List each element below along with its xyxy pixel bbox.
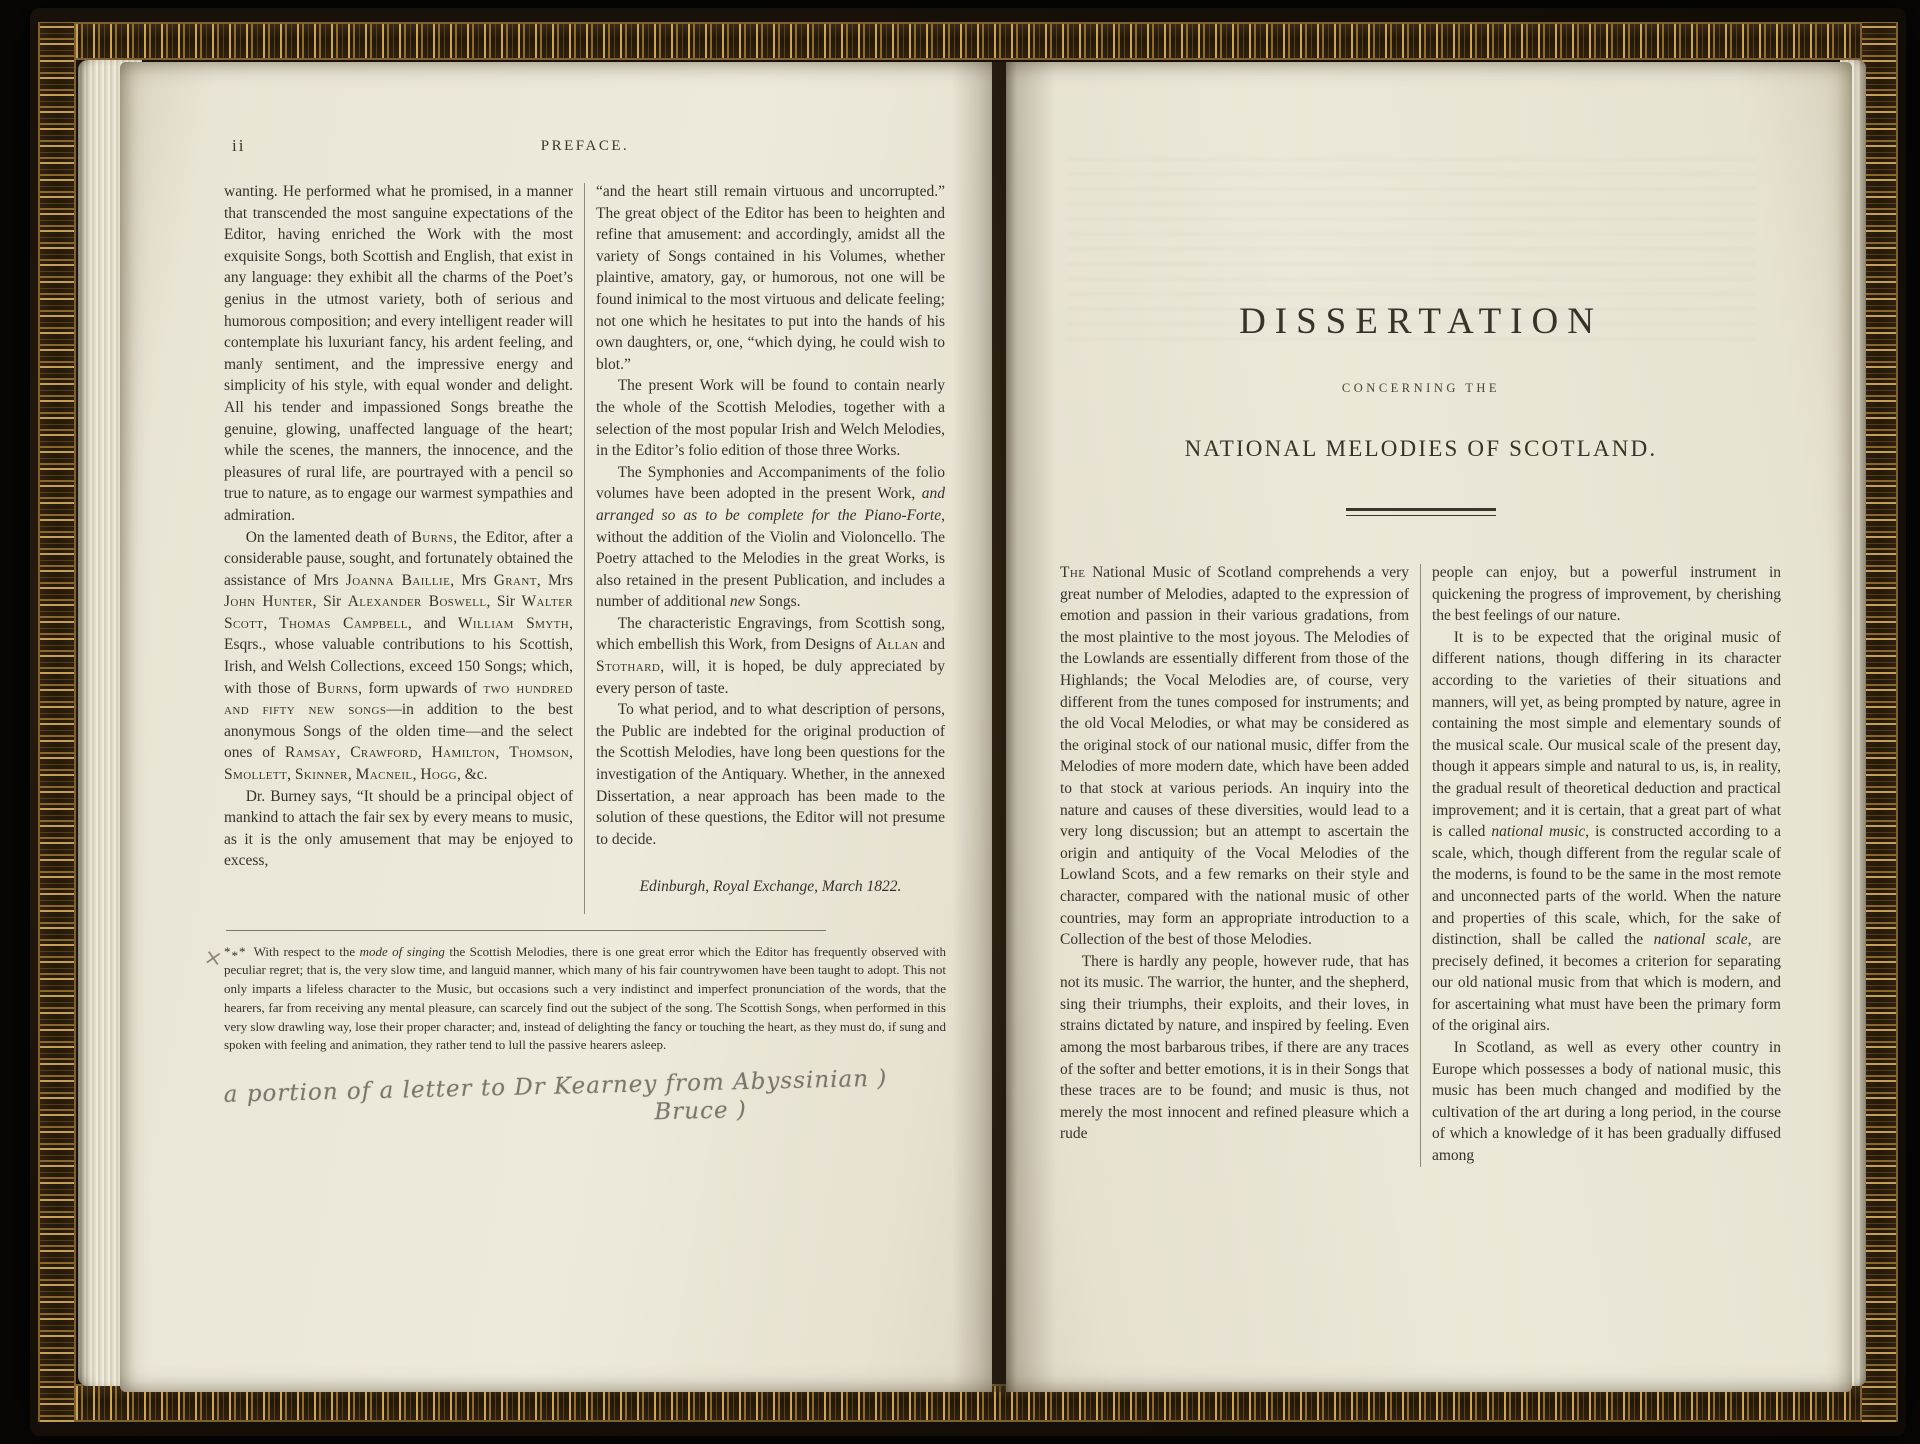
gold-tooling-border-left: [38, 22, 76, 1422]
paragraph: It is to be expected that the original m…: [1432, 627, 1781, 1037]
footnote: *** With respect to the mode of singing …: [224, 943, 946, 1056]
paragraph: The National Music of Scotland comprehen…: [1060, 562, 1409, 951]
title-block: DISSERTATION CONCERNING THE NATIONAL MEL…: [1060, 300, 1782, 516]
handwriting-note: a portion of a letter to Dr Kearney from…: [223, 1064, 946, 1136]
paragraph: wanting. He performed what he promised, …: [224, 181, 573, 527]
page-number: ii: [232, 136, 245, 156]
preface-columns: wanting. He performed what he promised, …: [224, 181, 946, 914]
running-head: ii PREFACE.: [224, 138, 946, 155]
left-page-text-block: ii PREFACE. wanting. He performed what h…: [224, 138, 946, 1127]
dissertation-column-2: people can enjoy, but a powerful instrum…: [1432, 562, 1781, 1167]
running-head-title: PREFACE.: [541, 138, 630, 154]
paragraph: Dr. Burney says, “It should be a princip…: [224, 786, 573, 872]
preface-column-2: “and the heart still remain virtuous and…: [596, 181, 945, 914]
paragraph: On the lamented death of Burns, the Edit…: [224, 527, 573, 786]
leather-binding: ii PREFACE. wanting. He performed what h…: [30, 8, 1906, 1436]
column-divider-rule: [584, 183, 585, 914]
paragraph: *** With respect to the mode of singing …: [224, 943, 946, 1056]
dissertation-column-1: The National Music of Scotland comprehen…: [1060, 562, 1409, 1167]
paragraph: The Symphonies and Accompaniments of the…: [596, 462, 945, 613]
column-divider-rule: [1420, 564, 1421, 1167]
paragraph: The characteristic Engravings, from Scot…: [596, 613, 945, 699]
gold-tooling-border-top: [42, 22, 1894, 60]
paragraph: The present Work will be found to contai…: [596, 375, 945, 461]
paragraph: To what period, and to what description …: [596, 699, 945, 850]
dissertation-columns: The National Music of Scotland comprehen…: [1060, 562, 1782, 1167]
dateline: Edinburgh, Royal Exchange, March 1822.: [596, 876, 945, 898]
book-photograph: ii PREFACE. wanting. He performed what h…: [0, 0, 1920, 1444]
handwriting-line-2: Bruce ): [654, 1092, 947, 1125]
paragraph: people can enjoy, but a powerful instrum…: [1432, 562, 1781, 627]
title-double-rule: [1346, 508, 1496, 516]
paragraph: In Scotland, as well as every other coun…: [1432, 1037, 1781, 1167]
right-page-text-block: DISSERTATION CONCERNING THE NATIONAL MEL…: [1060, 132, 1782, 1167]
dissertation-subtitle: CONCERNING THE: [1060, 381, 1782, 396]
preface-column-2-paragraphs: “and the heart still remain virtuous and…: [596, 181, 945, 850]
preface-column-1: wanting. He performed what he promised, …: [224, 181, 573, 914]
paragraph: “and the heart still remain virtuous and…: [596, 181, 945, 375]
pencil-x-margin-mark: ×: [202, 945, 224, 973]
dissertation-subject: NATIONAL MELODIES OF SCOTLAND.: [1060, 436, 1782, 462]
dissertation-title: DISSERTATION: [1060, 300, 1782, 343]
left-page-preface: ii PREFACE. wanting. He performed what h…: [120, 62, 992, 1392]
paragraph: There is hardly any people, however rude…: [1060, 951, 1409, 1145]
right-page-dissertation: DISSERTATION CONCERNING THE NATIONAL MEL…: [1006, 62, 1852, 1392]
footnote-separator-rule: [226, 930, 826, 931]
